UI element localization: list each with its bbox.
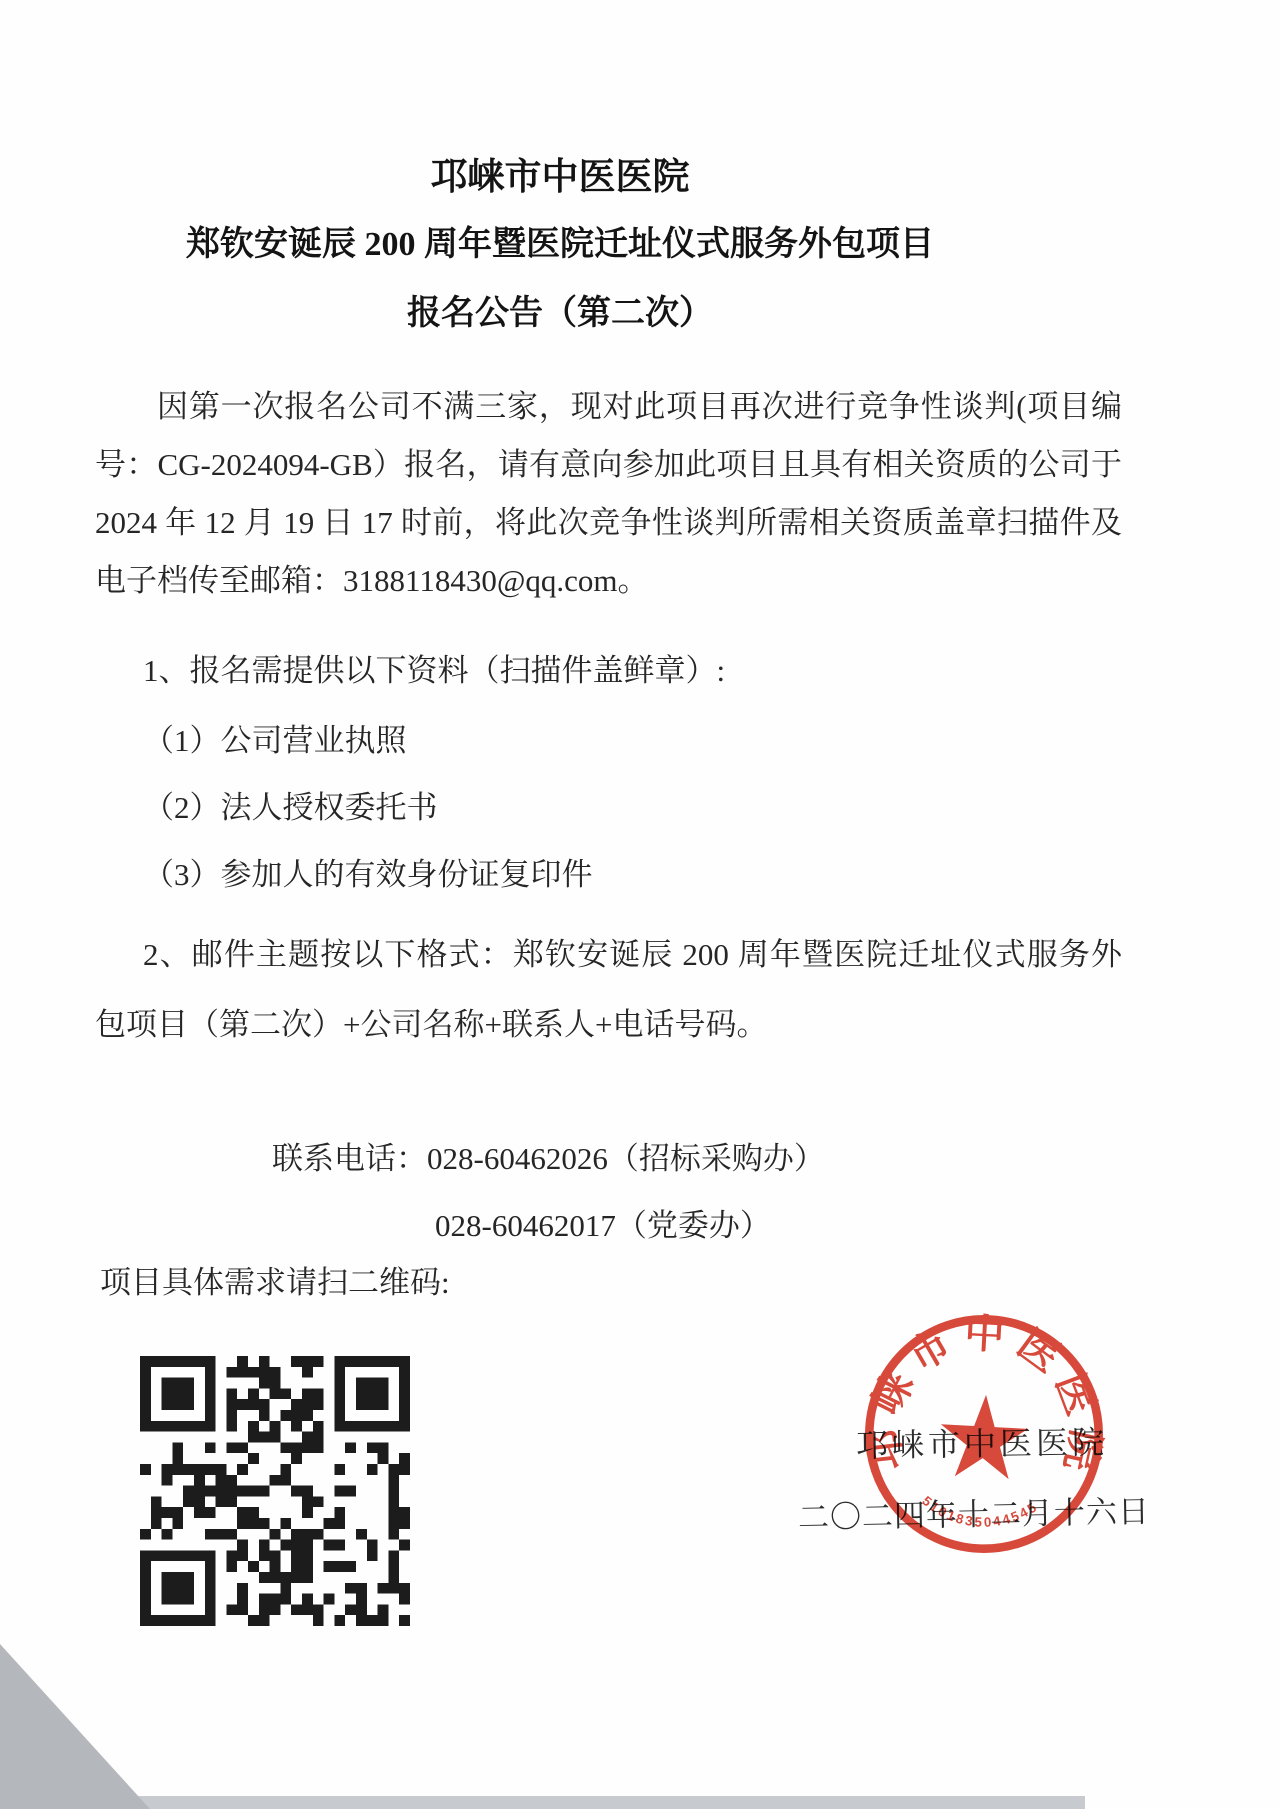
document-title-hospital: 邛崃市中医医院 [0, 146, 1120, 200]
qr-caption: 项目具体需求请扫二维码: [100, 1264, 450, 1303]
paragraph-line-4: 电子档传至邮箱：3188118430@qq.com。 [95, 562, 1122, 601]
qr-code [140, 1343, 410, 1639]
list-subitem-1: （1）公司营业执照 [95, 722, 1122, 761]
scan-edge-shadow-bottom [0, 1796, 1085, 1809]
list-subitem-2: （2）法人授权委托书 [95, 789, 1122, 828]
list-item-2-line-1: 2、邮件主题按以下格式：郑钦安诞辰 200 周年暨医院迁址仪式服务外 [95, 936, 1122, 975]
contact-phone-1: 联系电话：028-60462026（招标采购办） [272, 1140, 825, 1179]
paragraph-line-1: 因第一次报名公司不满三家，现对此项目再次进行竞争性谈判(项目编 [95, 388, 1122, 427]
contact-phone-2: 028-60462017（党委办） [435, 1207, 771, 1246]
document-title-announcement: 报名公告（第二次） [0, 285, 1120, 334]
paragraph-line-3: 2024 年 12 月 19 日 17 时前，将此次竞争性谈判所需相关资质盖章扫… [95, 504, 1122, 543]
signature-date: 二〇二四年十二月十六日 [798, 1493, 1151, 1538]
scanned-document-page: 邛崃市中医医院 郑钦安诞辰 200 周年暨医院迁址仪式服务外包项目 报名公告（第… [0, 0, 1280, 1809]
list-item-1-heading: 1、报名需提供以下资料（扫描件盖鲜章）: [95, 652, 1122, 691]
signature-hospital-name: 邛崃市中医医院 [856, 1422, 1109, 1466]
scan-edge-shadow-corner [0, 1644, 150, 1809]
document-title-project: 郑钦安诞辰 200 周年暨医院迁址仪式服务外包项目 [0, 216, 1120, 265]
list-item-2-line-2: 包项目（第二次）+公司名称+联系人+电话号码。 [95, 1006, 1122, 1045]
paragraph-line-2: 号：CG-2024094-GB）报名，请有意向参加此项目且具有相关资质的公司于 [95, 446, 1122, 485]
list-subitem-3: （3）参加人的有效身份证复印件 [95, 856, 1122, 895]
